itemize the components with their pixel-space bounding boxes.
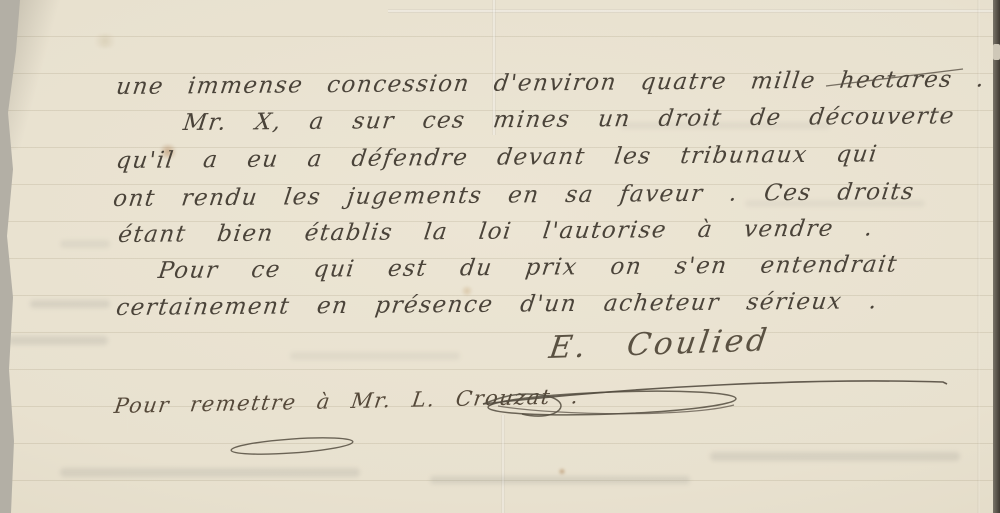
paper-edge-notch [993,44,1000,60]
corner-shadow-top-left [0,0,70,150]
scanned-letter: une immense concession d'environ quatre … [0,0,1000,513]
paper-sheet: une immense concession d'environ quatre … [0,0,1000,513]
